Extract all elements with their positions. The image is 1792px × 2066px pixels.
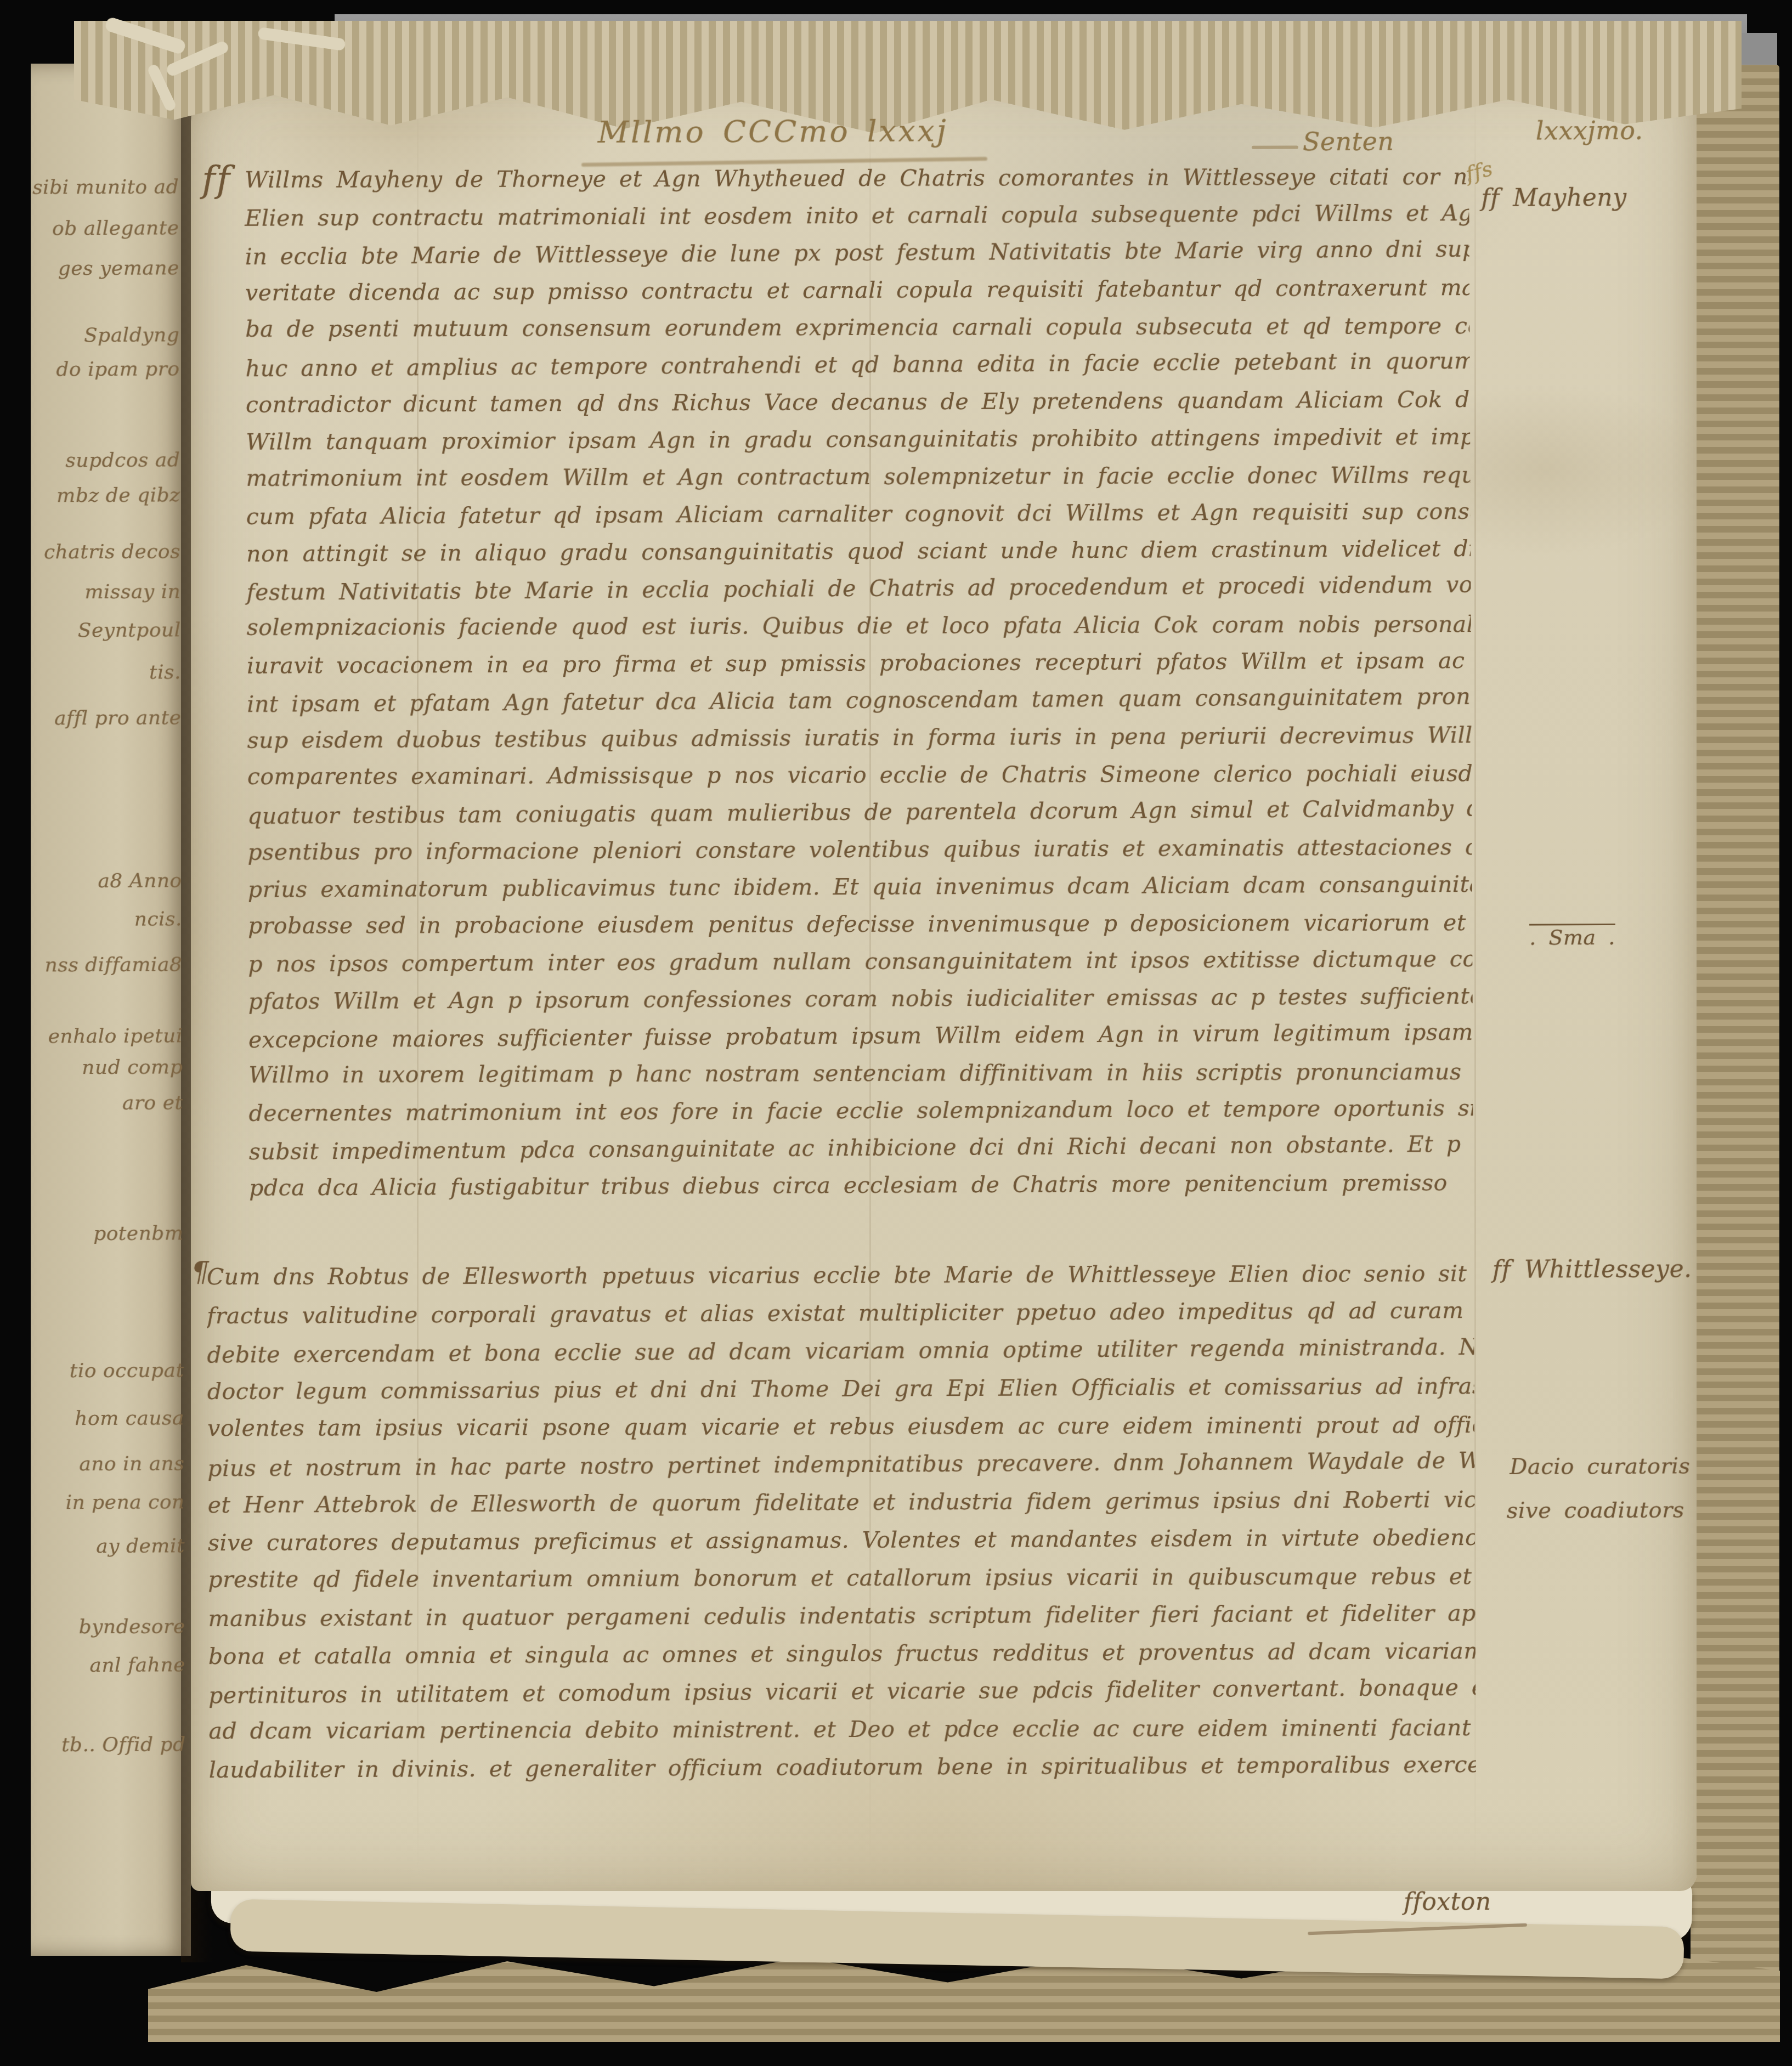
manuscript-photo: { "header": { "year_heading": "Mllmo CCC… bbox=[0, 0, 1792, 2066]
registrar-signature: ffoxton bbox=[1404, 1888, 1491, 1916]
text-line: fractus valitudine corporali gravatus et… bbox=[207, 1292, 1474, 1335]
facing-page-fragment: Spaldyng bbox=[84, 324, 179, 347]
text-line: prestite qd fidele inventarium omnium bo… bbox=[208, 1558, 1475, 1599]
facing-page-fragment: Seyntpoul bbox=[78, 619, 181, 642]
facing-page-fragment: potenbm bbox=[93, 1222, 184, 1245]
text-line: ad dcam vicariam pertinencia debito mini… bbox=[208, 1709, 1476, 1750]
facing-page-fragment: ano in ans bbox=[79, 1452, 184, 1475]
facing-page-fragment: tis. bbox=[149, 661, 181, 683]
facing-page-fragment: a8 Anno bbox=[98, 869, 182, 892]
facing-page-fragment: nss diffamia8 bbox=[45, 953, 183, 976]
text-line: Cum dns Robtus de Ellesworth ppetuus vic… bbox=[207, 1255, 1474, 1296]
facing-page-fragment: ncis. bbox=[134, 908, 182, 930]
facing-page-fragment: mbz de qibz bbox=[56, 484, 180, 507]
text-line: Willmo in uxorem legitimam p hanc nostra… bbox=[206, 1053, 1473, 1094]
text-line: huc anno et amplius ac tempore contrahen… bbox=[202, 342, 1469, 388]
text-line: sive curatores deputamus preficimus et a… bbox=[208, 1519, 1475, 1562]
text-line: pdca dca Alicia fustigabitur tribus dieb… bbox=[206, 1164, 1473, 1207]
facing-page-fragment: sibi munito ad bbox=[32, 176, 179, 199]
text-line: matrimonium int eosdem Willm et Agn cont… bbox=[203, 456, 1470, 497]
text-line: debite exercendam et bona ecclie sue ad … bbox=[207, 1328, 1474, 1374]
text-line: non attingit se in aliquo gradu consangu… bbox=[203, 530, 1471, 573]
section-note: Senten bbox=[1303, 127, 1394, 157]
text-line: ba de psenti mutuum consensum eorundem e… bbox=[202, 307, 1469, 348]
margin-note-dacio-line2: sive coadiutors bbox=[1507, 1497, 1684, 1523]
text-line: Willms Mayheny de Thorneye et Agn Whythe… bbox=[202, 158, 1469, 199]
text-line: in ecclia bte Marie de Wittlesseye die l… bbox=[202, 230, 1469, 276]
text-line: sup eisdem duobus testibus quibus admiss… bbox=[204, 716, 1471, 759]
facing-page-fragment: supdcos ad bbox=[65, 449, 180, 472]
text-line: pius et nostrum in hac parte nostro pert… bbox=[207, 1442, 1474, 1488]
text-line: doctor legum commissarius pius et dni dn… bbox=[207, 1367, 1474, 1411]
text-line: manibus existant in quatuor pergameni ce… bbox=[208, 1594, 1475, 1638]
facing-page-fragment: nud comp bbox=[82, 1056, 183, 1079]
facing-page-fragment: tb.. Offid pd bbox=[61, 1733, 186, 1756]
text-line: quatuor testibus tam coniugatis quam mul… bbox=[205, 790, 1472, 835]
text-line: laudabiliter in divinis. et generaliter … bbox=[209, 1746, 1476, 1789]
text-line: prius examinatorum publicavimus tunc ibi… bbox=[205, 865, 1472, 908]
text-line: volentes tam ipsius vicarii psone quam v… bbox=[207, 1406, 1474, 1447]
facing-page-fragment: affl pro ante bbox=[54, 706, 182, 729]
text-line: cum pfata Alicia fatetur qd ipsam Alicia… bbox=[203, 493, 1471, 535]
text-line: festum Nativitatis bte Marie in ecclia p… bbox=[203, 566, 1471, 612]
facing-page-fragment: hom causa bbox=[75, 1407, 184, 1430]
margin-note-whittlesseye: ff Whittlesseye. bbox=[1493, 1255, 1692, 1284]
text-line: pfatos Willm et Agn p ipsorum confession… bbox=[206, 977, 1473, 1020]
text-line: et Henr Attebrok de Ellesworth de quorum… bbox=[208, 1481, 1475, 1524]
text-line: subsit impedimentum pdca consanguinitate… bbox=[206, 1125, 1473, 1171]
text-line: bona et catalla omnia et singula ac omne… bbox=[208, 1632, 1476, 1676]
margin-note-mayheny: ff Mayheny bbox=[1481, 184, 1627, 212]
facing-page-fragment: do ipam pro bbox=[56, 358, 179, 381]
facing-page-fragment: ges yemane bbox=[58, 257, 179, 280]
text-line: p nos ipsos compertum inter eos gradum n… bbox=[205, 940, 1472, 983]
text-line: probasse sed in probacione eiusdem penit… bbox=[205, 904, 1472, 944]
facing-page-fragments: sibi munito adob alleganteges yemaneSpal… bbox=[31, 64, 192, 1956]
text-line: Willm tanquam proximior ipsam Agn in gra… bbox=[203, 418, 1470, 461]
signature-flourish bbox=[1308, 1923, 1527, 1935]
facing-page-fragment: enhalo ipetui bbox=[48, 1024, 183, 1048]
ink-layer: Mllmo CCCmo lxxxj Senten lxxxjmo. ffs ff… bbox=[0, 0, 1792, 2066]
text-line: solempnizacionis faciende quod est iuris… bbox=[204, 605, 1471, 646]
facing-page-fragment: chatris decos bbox=[44, 540, 180, 563]
facing-page-fragment: ay demit bbox=[96, 1535, 185, 1558]
text-line: pertinituros in utilitatem et comodum ip… bbox=[208, 1669, 1476, 1715]
text-line: excepcione maiores sufficienter fuisse p… bbox=[206, 1014, 1473, 1059]
entry-2-text-block: Cum dns Robtus de Ellesworth ppetuus vic… bbox=[207, 1254, 1476, 1797]
margin-note-summa: . Sma . bbox=[1529, 925, 1615, 950]
year-heading: Mllmo CCCmo lxxxj bbox=[598, 113, 948, 150]
text-line: psentibus pro informacione pleniori cons… bbox=[205, 828, 1472, 871]
text-line: veritate dicenda ac sup pmisso contractu… bbox=[202, 269, 1469, 312]
facing-page-fragment: aro et bbox=[122, 1091, 183, 1114]
facing-page-fragment: tio occupat bbox=[70, 1359, 184, 1382]
text-line: decernentes matrimonium int eos fore in … bbox=[206, 1089, 1473, 1132]
facing-page-fragment: missay in bbox=[84, 580, 180, 603]
entry-1-text-block: Willms Mayheny de Thorneye et Agn Whythe… bbox=[202, 157, 1473, 1213]
text-line: Elien sup contractu matrimoniali int eos… bbox=[202, 194, 1469, 237]
folio-number: lxxxjmo. bbox=[1536, 116, 1643, 146]
facing-page-fragment: anl fahne bbox=[89, 1654, 185, 1677]
facing-page-fragment: byndesore bbox=[78, 1615, 185, 1638]
text-line: comparentes examinari. Admissisque p nos… bbox=[205, 755, 1472, 795]
text-line: iuravit vocacionem in ea pro firma et su… bbox=[204, 642, 1471, 684]
facing-page-fragment: in pena con bbox=[65, 1491, 184, 1514]
facing-page-fragment: ob allegante bbox=[52, 217, 179, 240]
senten-dash-stroke bbox=[1252, 145, 1298, 149]
text-line: contradictor dicunt tamen qd dns Richus … bbox=[203, 381, 1470, 423]
text-line: int ipsam et pfatam Agn fatetur dca Alic… bbox=[204, 678, 1471, 723]
margin-note-dacio-line1: Dacio curatoris bbox=[1510, 1453, 1690, 1479]
